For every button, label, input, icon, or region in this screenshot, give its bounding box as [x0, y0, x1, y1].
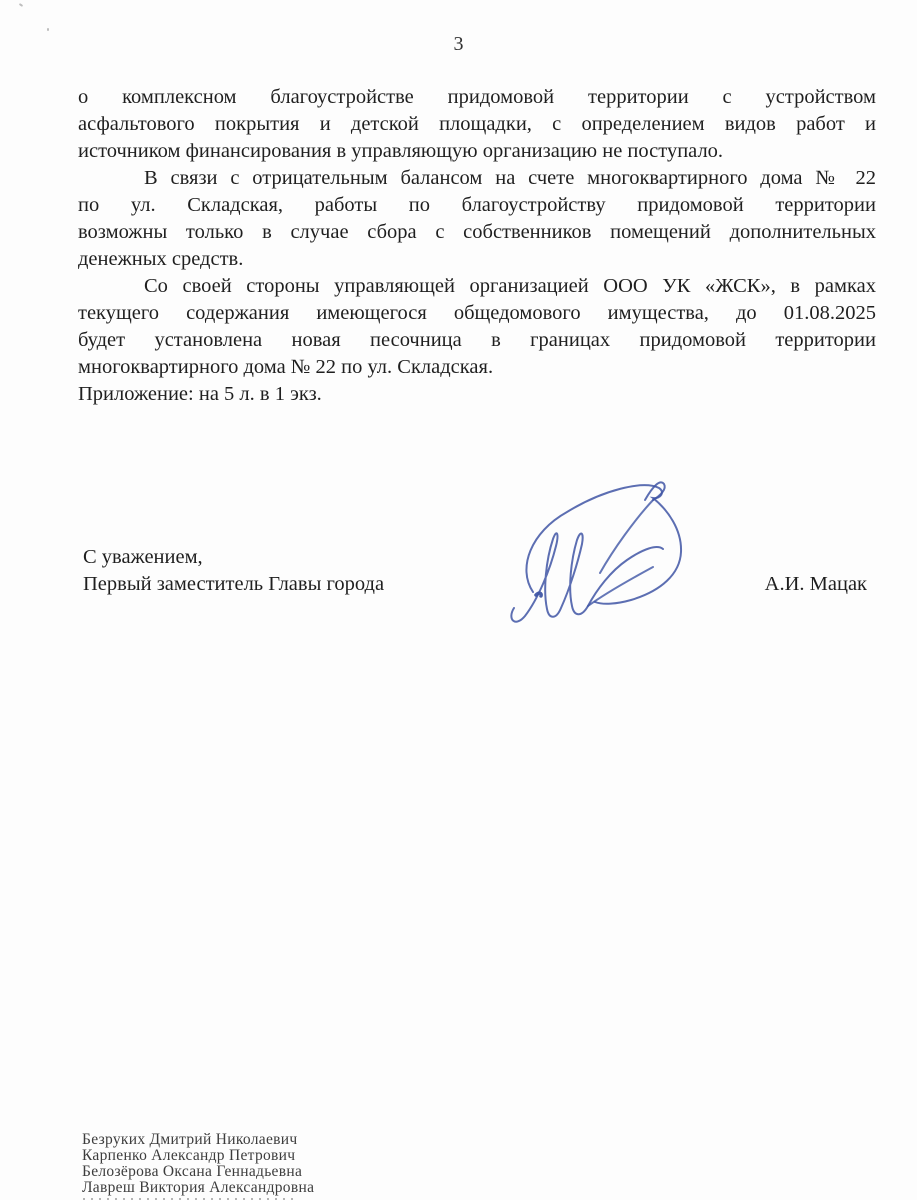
- page-number: 3: [0, 33, 917, 56]
- text-line: о комплексном благоустройстве придомовой…: [78, 84, 876, 111]
- scan-artifact: [19, 3, 23, 7]
- text-line: многоквартирного дома № 22 по ул. Складс…: [78, 354, 876, 381]
- scan-artifact: [47, 28, 49, 31]
- signature-stroke: [511, 533, 663, 621]
- executor-name: Карпенко Александр Петрович: [82, 1148, 314, 1164]
- executor-name: Лавреш Виктория Александровна: [82, 1180, 314, 1196]
- paragraph: Приложение: на 5 л. в 1 экз.: [78, 381, 876, 408]
- text-line: В связи с отрицательным балансом на счет…: [78, 165, 876, 192]
- executors-list: Безруких Дмитрий НиколаевичКарпенко Алек…: [82, 1132, 314, 1196]
- signer-position: Первый заместитель Главы города: [83, 571, 384, 598]
- signature-stroke: [600, 499, 654, 573]
- text-line: текущего содержания имеющегося общедомов…: [78, 300, 876, 327]
- text-line: денежных средств.: [78, 246, 876, 273]
- signature-stroke: [588, 567, 653, 606]
- closing-block: С уважением, Первый заместитель Главы го…: [83, 544, 384, 598]
- signer-name: А.И. Мацак: [765, 571, 867, 598]
- executor-name: Безруких Дмитрий Николаевич: [82, 1132, 314, 1148]
- text-line: Со своей стороны управляющей организацие…: [78, 273, 876, 300]
- document-page: 3 о комплексном благоустройстве придомов…: [0, 0, 917, 1200]
- text-line: Приложение: на 5 л. в 1 экз.: [78, 381, 876, 408]
- paragraph: В связи с отрицательным балансом на счет…: [78, 165, 876, 273]
- document-body: о комплексном благоустройстве придомовой…: [78, 84, 876, 408]
- text-line: по ул. Складская, работы по благоустройс…: [78, 192, 876, 219]
- closing-phrase: С уважением,: [83, 544, 384, 571]
- text-line: будет установлена новая песочница в гран…: [78, 327, 876, 354]
- signature-stroke: [526, 485, 681, 603]
- executor-name: Белозёрова Оксана Геннадьевна: [82, 1164, 314, 1180]
- text-line: возможны только в случае сбора с собстве…: [78, 219, 876, 246]
- text-line: асфальтового покрытия и детской площадки…: [78, 111, 876, 138]
- paragraph: Со своей стороны управляющей организацие…: [78, 273, 876, 381]
- text-line: источником финансирования в управляющую …: [78, 138, 876, 165]
- signature-ink: [503, 472, 705, 634]
- paragraph: о комплексном благоустройстве придомовой…: [78, 84, 876, 165]
